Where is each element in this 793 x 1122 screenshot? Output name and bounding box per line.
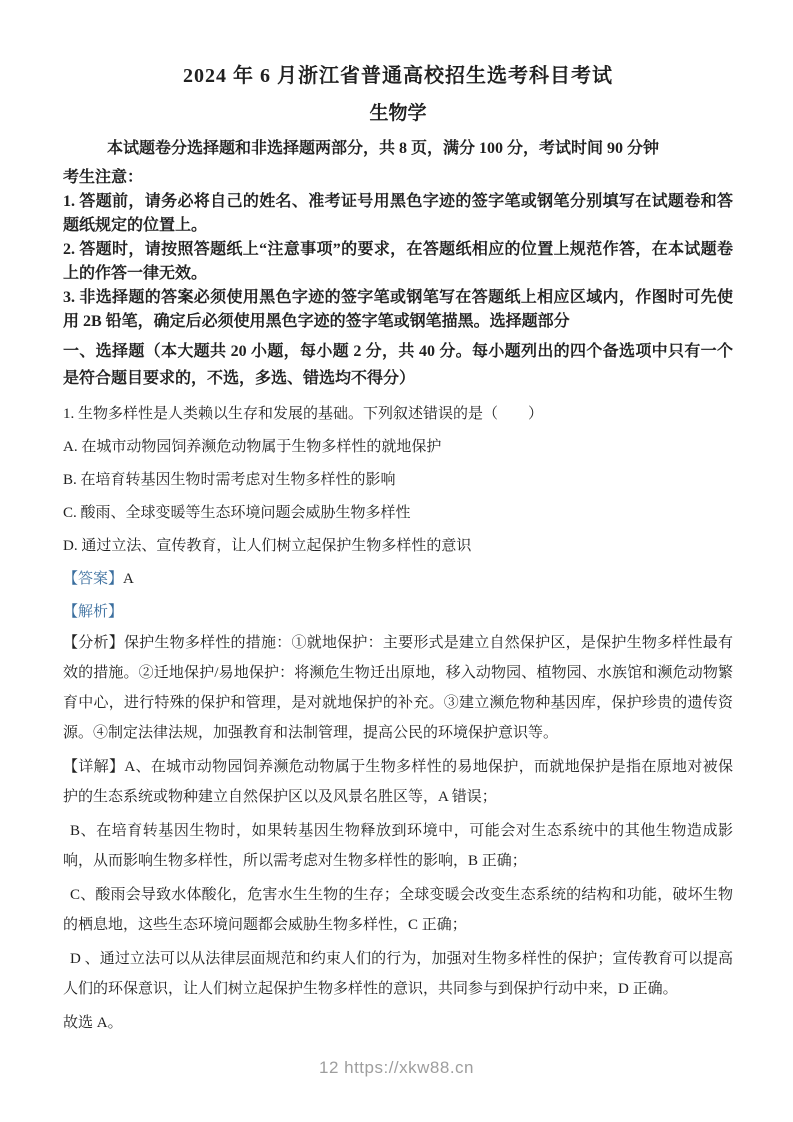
detail-text-a: A、在城市动物园饲养濒危动物属于生物多样性的易地保护，而就地保护是指在原地对被保…: [63, 759, 733, 805]
exam-intro-line: 本试题卷分选择题和非选择题两部分，共 8 页，满分 100 分，考试时间 90 …: [63, 136, 733, 162]
notice-label: 考生注意：: [63, 166, 733, 190]
analysis-paragraph: 【分析】保护生物多样性的措施：①就地保护：主要形式是建立自然保护区，是保护生物多…: [63, 628, 733, 748]
answer-conclusion: 故选 A。: [63, 1008, 733, 1038]
option-list: A. 在城市动物园饲养濒危动物属于生物多样性的就地保护 B. 在培育转基因生物时…: [63, 437, 733, 556]
detail-paragraph-d: D 、通过立法可以从法律层面规范和约束人们的行为，加强对生物多样性的保护；宣传教…: [63, 944, 733, 1004]
answer-label: 【答案】: [63, 571, 123, 587]
option-a: A. 在城市动物园饲养濒危动物属于生物多样性的就地保护: [63, 437, 733, 457]
exam-subject-title: 生物学: [63, 100, 733, 128]
detail-paragraph-c: C、酸雨会导致水体酸化，危害水生生物的生存；全球变暖会改变生态系统的结构和功能，…: [63, 880, 733, 940]
question-stem: 1. 生物多样性是人类赖以生存和发展的基础。下列叙述错误的是（ ）: [63, 404, 733, 424]
detail-label: 【详解】: [63, 759, 124, 775]
notice-item-1: 1. 答题前，请务必将自己的姓名、准考证号用黑色字迹的签字笔或钢笔分别填写在试题…: [63, 190, 733, 238]
analysis-label: 【分析】: [63, 635, 124, 651]
exam-title: 2024 年 6 月浙江省普通高校招生选考科目考试: [63, 62, 733, 90]
option-b: B. 在培育转基因生物时需考虑对生物多样性的影响: [63, 470, 733, 490]
notice-list: 1. 答题前，请务必将自己的姓名、准考证号用黑色字迹的签字笔或钢笔分别填写在试题…: [63, 190, 733, 334]
answer-value: A: [123, 571, 134, 587]
section-heading: 一、选择题（本大题共 20 小题，每小题 2 分，共 40 分。每小题列出的四个…: [63, 338, 733, 392]
option-c: C. 酸雨、全球变暖等生态环境问题会威胁生物多样性: [63, 503, 733, 523]
analysis-text: 保护生物多样性的措施：①就地保护：主要形式是建立自然保护区，是保护生物多样性最有…: [63, 635, 733, 741]
notice-item-2: 2. 答题时，请按照答题纸上“注意事项”的要求，在答题纸相应的位置上规范作答，在…: [63, 238, 733, 286]
exam-document-page: 2024 年 6 月浙江省普通高校招生选考科目考试 生物学 本试题卷分选择题和非…: [0, 0, 793, 1122]
page-footer-url: 12 https://xkw88.cn: [0, 1058, 793, 1078]
detail-paragraph-a: 【详解】A、在城市动物园饲养濒危动物属于生物多样性的易地保护，而就地保护是指在原…: [63, 752, 733, 812]
answer-line: 【答案】A: [63, 569, 733, 589]
notice-item-3: 3. 非选择题的答案必须使用黑色字迹的签字笔或钢笔写在答题纸上相应区域内，作图时…: [63, 286, 733, 334]
explanation-label: 【解析】: [63, 602, 733, 622]
option-d: D. 通过立法、宣传教育，让人们树立起保护生物多样性的意识: [63, 536, 733, 556]
detail-paragraph-b: B、在培育转基因生物时，如果转基因生物释放到环境中，可能会对生态系统中的其他生物…: [63, 816, 733, 876]
